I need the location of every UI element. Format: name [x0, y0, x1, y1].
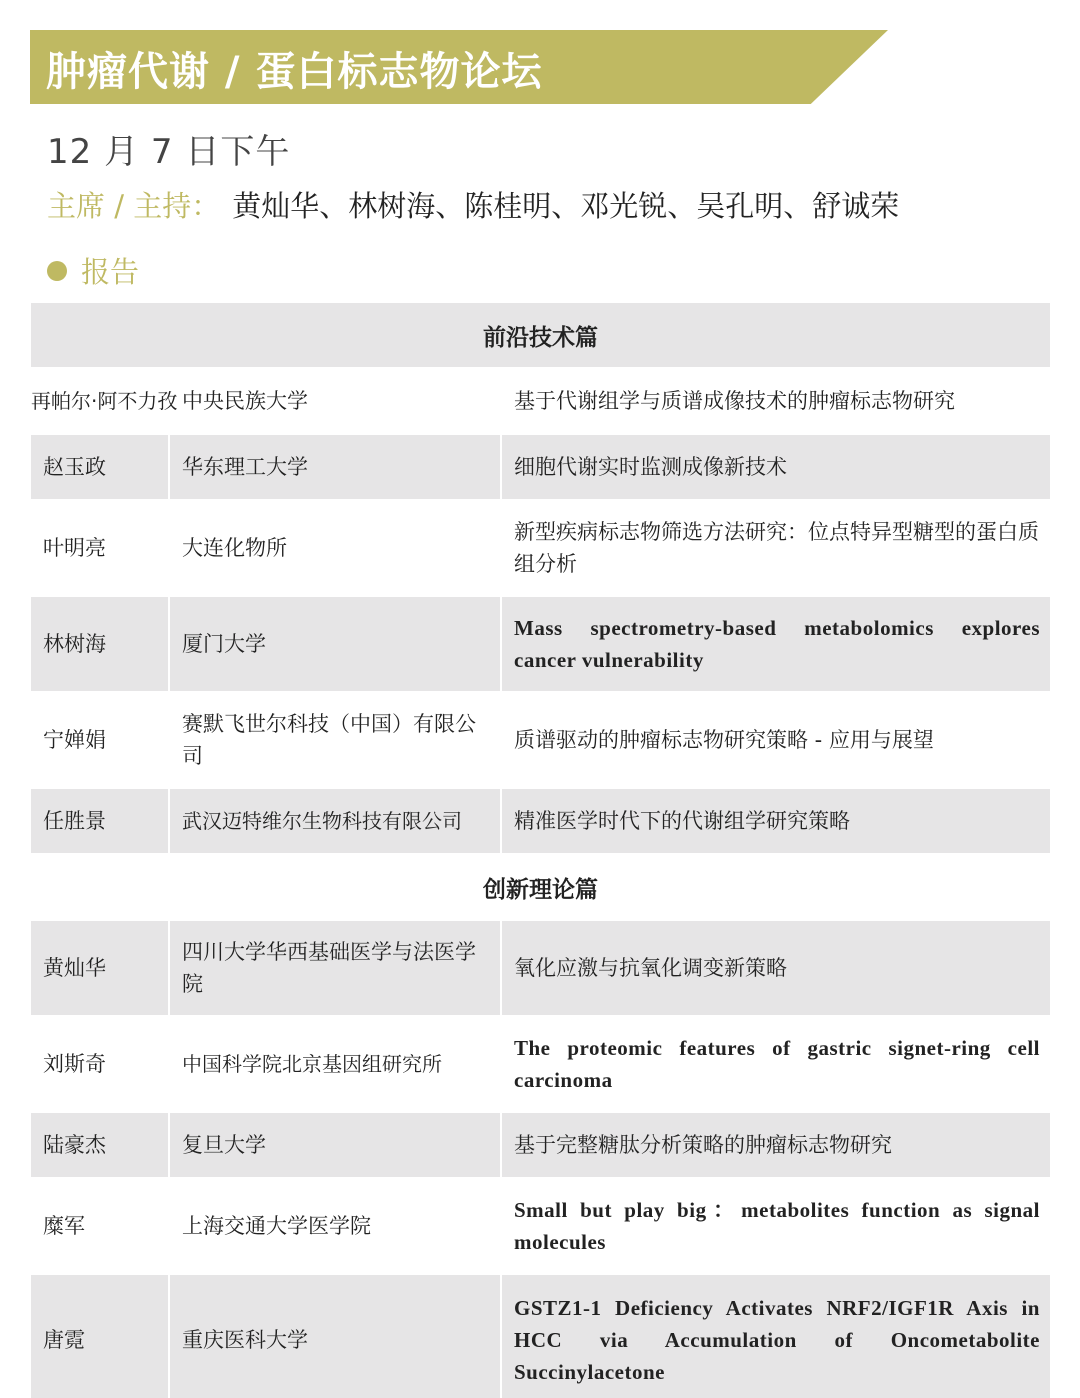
table-row: 刘斯奇 中国科学院北京基因组研究所 The proteomic features…: [31, 1017, 1050, 1111]
speaker-cell: 叶明亮: [31, 501, 168, 595]
topic-cell: 精准医学时代下的代谢组学研究策略: [502, 789, 1050, 853]
chairs-line: 主席 / 主持：黄灿华、林树海、陈桂明、邓光锐、吴孔明、舒诚荣: [47, 184, 899, 225]
table-row: 叶明亮 大连化物所 新型疾病标志物筛选方法研究：位点特异型糖型的蛋白质组分析: [31, 501, 1050, 595]
speaker-cell: 唐霓: [31, 1275, 168, 1398]
report-label: 报告: [81, 250, 139, 291]
forum-title: 肿瘤代谢 / 蛋白标志物论坛: [46, 40, 542, 97]
institution-cell: 大连化物所: [170, 501, 500, 595]
institution-cell: 赛默飞世尔科技（中国）有限公司: [170, 693, 500, 787]
section-header: 创新理论篇: [31, 855, 1050, 919]
table-row: 唐霓 重庆医科大学 GSTZ1-1 Deficiency Activates N…: [31, 1275, 1050, 1398]
table-row: 糜军 上海交通大学医学院 Small but play big：metaboli…: [31, 1179, 1050, 1273]
speaker-cell: 赵玉政: [31, 435, 168, 499]
institution-cell: 厦门大学: [170, 597, 500, 691]
session-date: 12 月 7 日下午: [47, 124, 290, 173]
institution-cell: 华东理工大学: [170, 435, 500, 499]
institution-cell: 武汉迈特维尔生物科技有限公司: [170, 789, 500, 853]
topic-cell: 质谱驱动的肿瘤标志物研究策略 - 应用与展望: [502, 693, 1050, 787]
table-row: 任胜景 武汉迈特维尔生物科技有限公司 精准医学时代下的代谢组学研究策略: [31, 789, 1050, 853]
institution-cell: 重庆医科大学: [170, 1275, 500, 1398]
chairs-names: 黄灿华、林树海、陈桂明、邓光锐、吴孔明、舒诚荣: [232, 189, 899, 223]
table-row: 宁婵娟 赛默飞世尔科技（中国）有限公司 质谱驱动的肿瘤标志物研究策略 - 应用与…: [31, 693, 1050, 787]
chairs-label: 主席 / 主持：: [47, 189, 220, 223]
table-row: 陆豪杰 复旦大学 基于完整糖肽分析策略的肿瘤标志物研究: [31, 1113, 1050, 1177]
speaker-cell: 糜军: [31, 1179, 168, 1273]
topic-cell: Mass spectrometry-based metabolomics exp…: [502, 597, 1050, 691]
speaker-cell: 再帕尔·阿不力孜: [31, 369, 168, 433]
speaker-cell: 陆豪杰: [31, 1113, 168, 1177]
section-header: 前沿技术篇: [31, 303, 1050, 367]
table-row: 赵玉政 华东理工大学 细胞代谢实时监测成像新技术: [31, 435, 1050, 499]
institution-cell: 上海交通大学医学院: [170, 1179, 500, 1273]
topic-cell: 基于完整糖肽分析策略的肿瘤标志物研究: [502, 1113, 1050, 1177]
speaker-cell: 林树海: [31, 597, 168, 691]
topic-cell: The proteomic features of gastric signet…: [502, 1017, 1050, 1111]
topic-cell: 氧化应激与抗氧化调变新策略: [502, 921, 1050, 1015]
speaker-cell: 刘斯奇: [31, 1017, 168, 1111]
schedule-table: 前沿技术篇 再帕尔·阿不力孜 中央民族大学 基于代谢组学与质谱成像技术的肿瘤标志…: [31, 303, 1050, 1398]
topic-cell: 细胞代谢实时监测成像新技术: [502, 435, 1050, 499]
institution-cell: 四川大学华西基础医学与法医学院: [170, 921, 500, 1015]
speaker-cell: 任胜景: [31, 789, 168, 853]
topic-cell: Small but play big：metabolites function …: [502, 1179, 1050, 1273]
table-row: 林树海 厦门大学 Mass spectrometry-based metabol…: [31, 597, 1050, 691]
topic-cell: 基于代谢组学与质谱成像技术的肿瘤标志物研究: [502, 369, 1050, 433]
speaker-cell: 黄灿华: [31, 921, 168, 1015]
speaker-cell: 宁婵娟: [31, 693, 168, 787]
report-heading: 报告: [47, 250, 139, 291]
topic-cell: 新型疾病标志物筛选方法研究：位点特异型糖型的蛋白质组分析: [502, 501, 1050, 595]
institution-cell: 中国科学院北京基因组研究所: [170, 1017, 500, 1111]
forum-title-banner: 肿瘤代谢 / 蛋白标志物论坛: [30, 30, 888, 104]
institution-cell: 中央民族大学: [170, 369, 500, 433]
bullet-dot-icon: [47, 261, 67, 281]
topic-cell: GSTZ1-1 Deficiency Activates NRF2/IGF1R …: [502, 1275, 1050, 1398]
institution-cell: 复旦大学: [170, 1113, 500, 1177]
table-row: 黄灿华 四川大学华西基础医学与法医学院 氧化应激与抗氧化调变新策略: [31, 921, 1050, 1015]
table-row: 再帕尔·阿不力孜 中央民族大学 基于代谢组学与质谱成像技术的肿瘤标志物研究: [31, 369, 1050, 433]
